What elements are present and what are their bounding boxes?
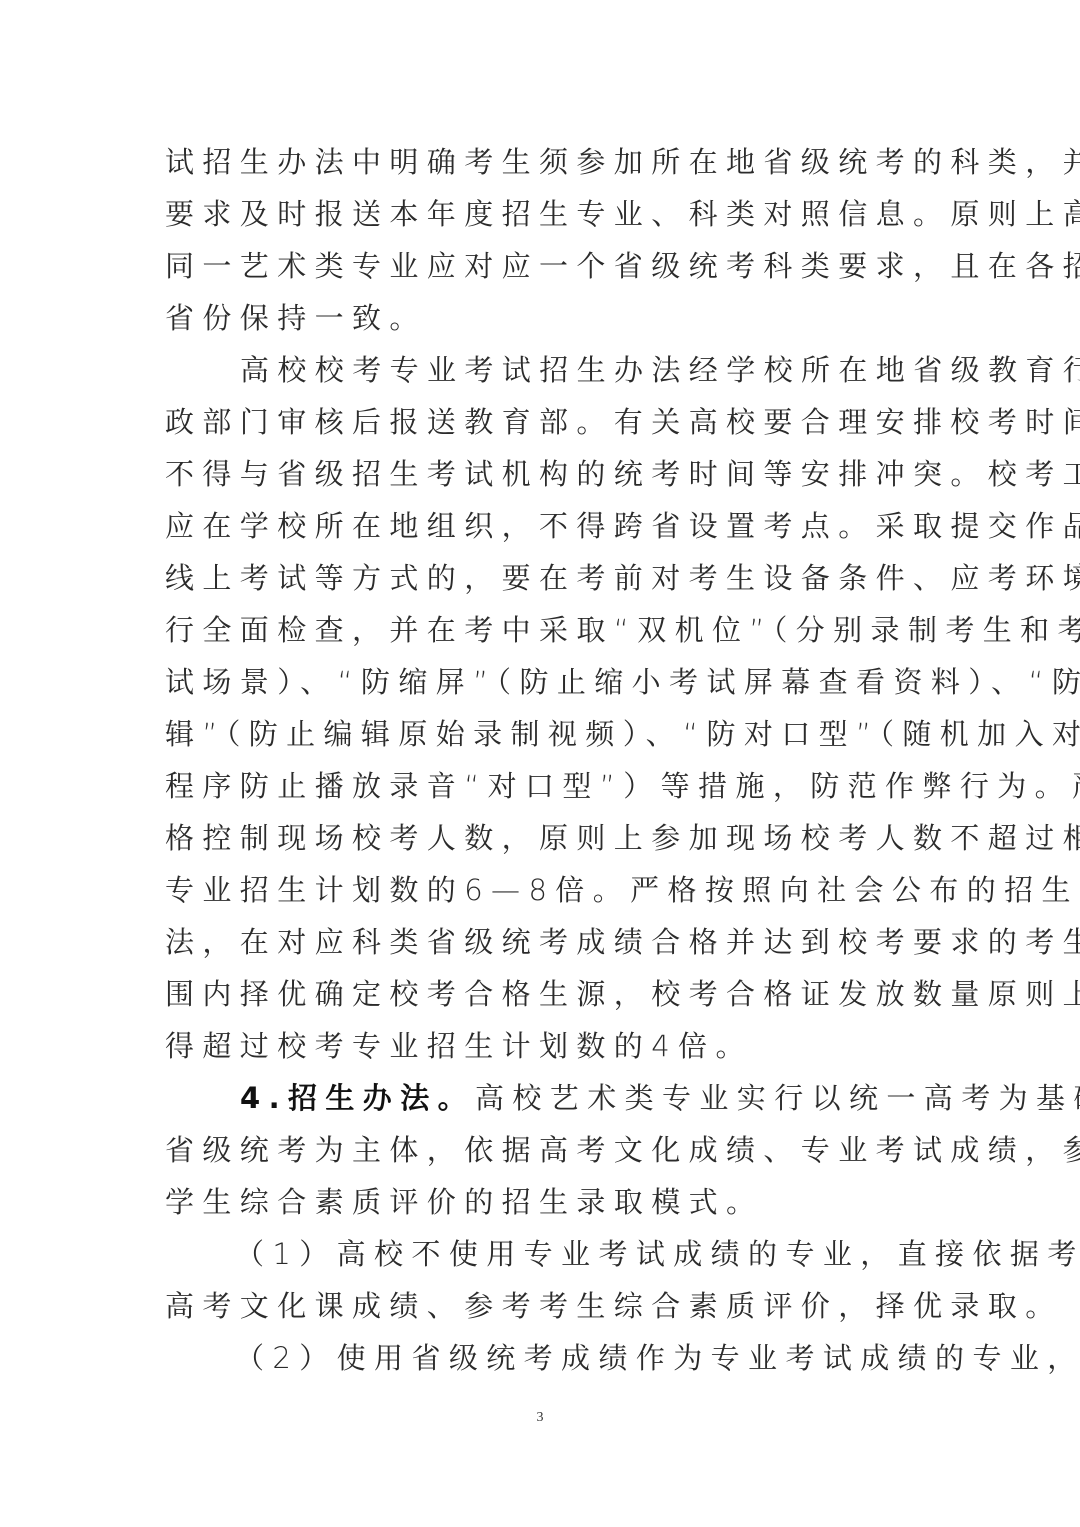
text-line: 学生综合素质评价的招生录取模式。 — [165, 1176, 917, 1228]
text-line: 应在学校所在地组织，不得跨省设置考点。采取提交作品或 — [165, 500, 917, 552]
text-line: 专业招生计划数的6—8倍。严格按照向社会公布的招生办 — [165, 864, 917, 916]
text-line: 要求及时报送本年度招生专业、科类对照信息。原则上高校 — [165, 188, 917, 240]
text-line: 不得与省级招生考试机构的统考时间等安排冲突。校考工作 — [165, 448, 917, 500]
text-line: 试招生办法中明确考生须参加所在地省级统考的科类，并按 — [165, 136, 917, 188]
text-line: 法，在对应科类省级统考成绩合格并达到校考要求的考生范 — [165, 916, 917, 968]
text-line: 格控制现场校考人数，原则上参加现场校考人数不超过相关 — [165, 812, 917, 864]
section-heading-line: 4.招生办法。高校艺术类专业实行以统一高考为基础、 — [165, 1072, 917, 1124]
section-heading: 4.招生办法。 — [240, 1081, 475, 1115]
text-line: 程序防止播放录音“对口型”）等措施，防范作弊行为。严 — [165, 760, 917, 812]
text-line: 高考文化课成绩、参考考生综合素质评价，择优录取。 — [165, 1280, 917, 1332]
text-line: 省级统考为主体，依据高考文化成绩、专业考试成绩，参考 — [165, 1124, 917, 1176]
text-line: 试场景）、“防缩屏”（防止缩小考试屏幕查看资料）、“防编 — [165, 656, 917, 708]
page-number: 3 — [0, 1410, 1080, 1426]
document-body: 试招生办法中明确考生须参加所在地省级统考的科类，并按 要求及时报送本年度招生专业… — [165, 136, 917, 1384]
list-item-1-first-line: （1）高校不使用专业考试成绩的专业，直接依据考生 — [165, 1228, 917, 1280]
section-heading-rest: 高校艺术类专业实行以统一高考为基础、 — [475, 1081, 1080, 1115]
list-item-2-first-line: （2）使用省级统考成绩作为专业考试成绩的专业，在 — [165, 1332, 917, 1384]
paragraph-first-line: 高校校考专业考试招生办法经学校所在地省级教育行 — [165, 344, 917, 396]
text-line: 得超过校考专业招生计划数的4倍。 — [165, 1020, 917, 1072]
text-line: 行全面检查，并在考中采取“双机位”（分别录制考生和考 — [165, 604, 917, 656]
text-line: 线上考试等方式的，要在考前对考生设备条件、应考环境进 — [165, 552, 917, 604]
text-line: 围内择优确定校考合格生源，校考合格证发放数量原则上不 — [165, 968, 917, 1020]
text-line: 同一艺术类专业应对应一个省级统考科类要求，且在各招生 — [165, 240, 917, 292]
text-line: 政部门审核后报送教育部。有关高校要合理安排校考时间， — [165, 396, 917, 448]
text-line: 辑”（防止编辑原始录制视频）、“防对口型”（随机加入对话 — [165, 708, 917, 760]
text-line: 省份保持一致。 — [165, 292, 917, 344]
document-page: 试招生办法中明确考生须参加所在地省级统考的科类，并按 要求及时报送本年度招生专业… — [0, 0, 1080, 1527]
